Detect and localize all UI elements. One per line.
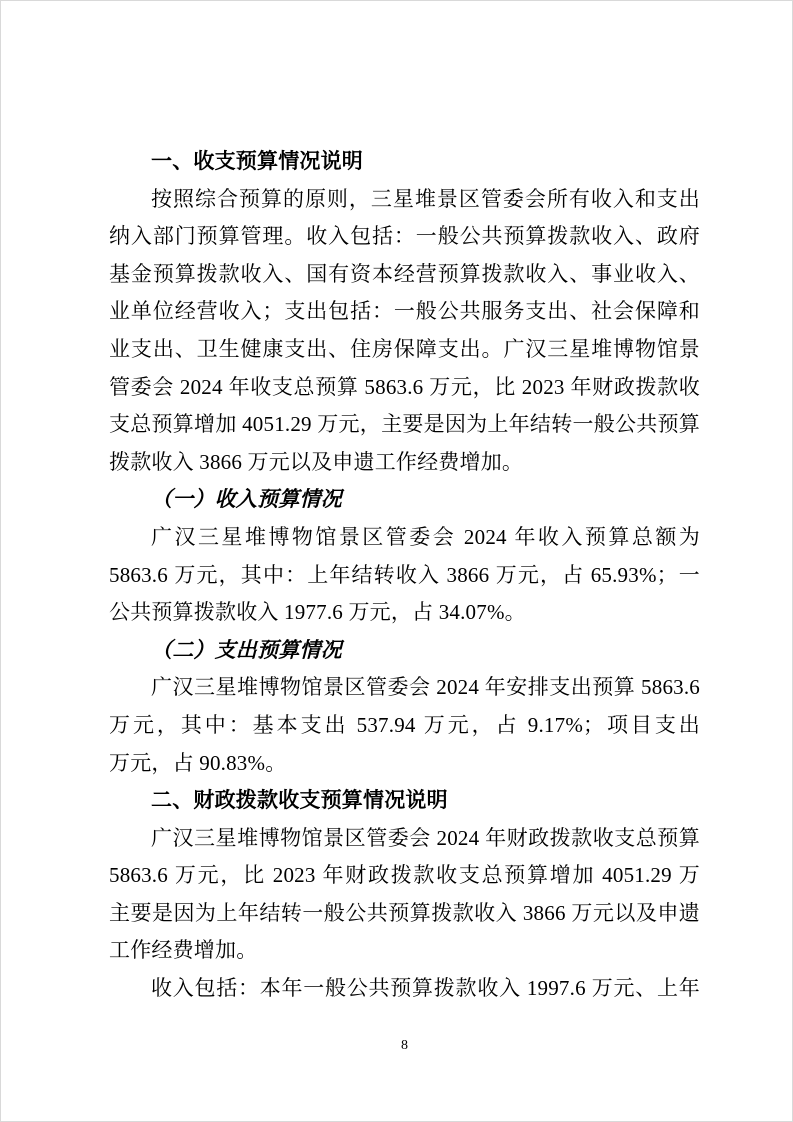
text-line: 按照综合预算的原则，三星堆景区管委会所有收入和支出均 [109, 181, 700, 219]
text-line: 业单位经营收入；支出包括：一般公共服务支出、社会保障和就 [109, 293, 700, 331]
text-line: 万元，占 90.83%。 [109, 745, 700, 783]
text-line: 收入包括：本年一般公共预算拨款收入 1997.6 万元、上年 [109, 970, 700, 1008]
text-line: 5863.6 万元，比 2023 年财政拨款收支总预算增加 4051.29 万元… [109, 857, 700, 895]
expenditure-budget-paragraph: 广汉三星堆博物馆景区管委会 2024 年安排支出预算 5863.6万元，其中：基… [109, 669, 700, 782]
text-line: （一）收入预算情况 [109, 481, 700, 519]
section-1-heading: 一、收支预算情况说明 [109, 143, 700, 181]
text-line: 业支出、卫生健康支出、住房保障支出。广汉三星堆博物馆景区 [109, 331, 700, 369]
text-line: 工作经费增加。 [109, 932, 700, 970]
text-line: 管委会 2024 年收支总预算 5863.6 万元，比 2023 年财政拨款收 [109, 369, 700, 407]
section-1-intro-paragraph: 按照综合预算的原则，三星堆景区管委会所有收入和支出均纳入部门预算管理。收入包括：… [109, 181, 700, 482]
text-line: 纳入部门预算管理。收入包括：一般公共预算拨款收入、政府性 [109, 218, 700, 256]
text-line: 一、收支预算情况说明 [109, 143, 700, 181]
document-body: 一、收支预算情况说明按照综合预算的原则，三星堆景区管委会所有收入和支出均纳入部门… [109, 143, 700, 1008]
section-2-intro-paragraph: 广汉三星堆博物馆景区管委会 2024 年财政拨款收支总预算5863.6 万元，比… [109, 820, 700, 970]
income-budget-heading: （一）收入预算情况 [109, 481, 700, 519]
income-budget-paragraph: 广汉三星堆博物馆景区管委会 2024 年收入预算总额为5863.6 万元，其中：… [109, 519, 700, 632]
text-line: 广汉三星堆博物馆景区管委会 2024 年安排支出预算 5863.6 [109, 669, 700, 707]
income-detail-paragraph: 收入包括：本年一般公共预算拨款收入 1997.6 万元、上年 [109, 970, 700, 1008]
text-line: 万元，其中：基本支出 537.94 万元，占 9.17%；项目支出 5325.6… [109, 707, 700, 745]
page-number: 8 [109, 1037, 700, 1055]
text-line: （二）支出预算情况 [109, 632, 700, 670]
text-line: 拨款收入 3866 万元以及申遗工作经费增加。 [109, 444, 700, 482]
text-line: 基金预算拨款收入、国有资本经营预算拨款收入、事业收入、事 [109, 256, 700, 294]
text-line: 二、财政拨款收支预算情况说明 [109, 782, 700, 820]
text-line: 广汉三星堆博物馆景区管委会 2024 年财政拨款收支总预算 [109, 820, 700, 858]
text-line: 5863.6 万元，其中：上年结转收入 3866 万元，占 65.93%；一般 [109, 557, 700, 595]
expenditure-budget-heading: （二）支出预算情况 [109, 632, 700, 670]
text-line: 广汉三星堆博物馆景区管委会 2024 年收入预算总额为 [109, 519, 700, 557]
section-2-heading: 二、财政拨款收支预算情况说明 [109, 782, 700, 820]
document-page: 一、收支预算情况说明按照综合预算的原则，三星堆景区管委会所有收入和支出均纳入部门… [0, 0, 793, 1122]
text-line: 支总预算增加 4051.29 万元，主要是因为上年结转一般公共预算 [109, 406, 700, 444]
text-line: 主要是因为上年结转一般公共预算拨款收入 3866 万元以及申遗 [109, 895, 700, 933]
text-line: 公共预算拨款收入 1977.6 万元，占 34.07%。 [109, 594, 700, 632]
